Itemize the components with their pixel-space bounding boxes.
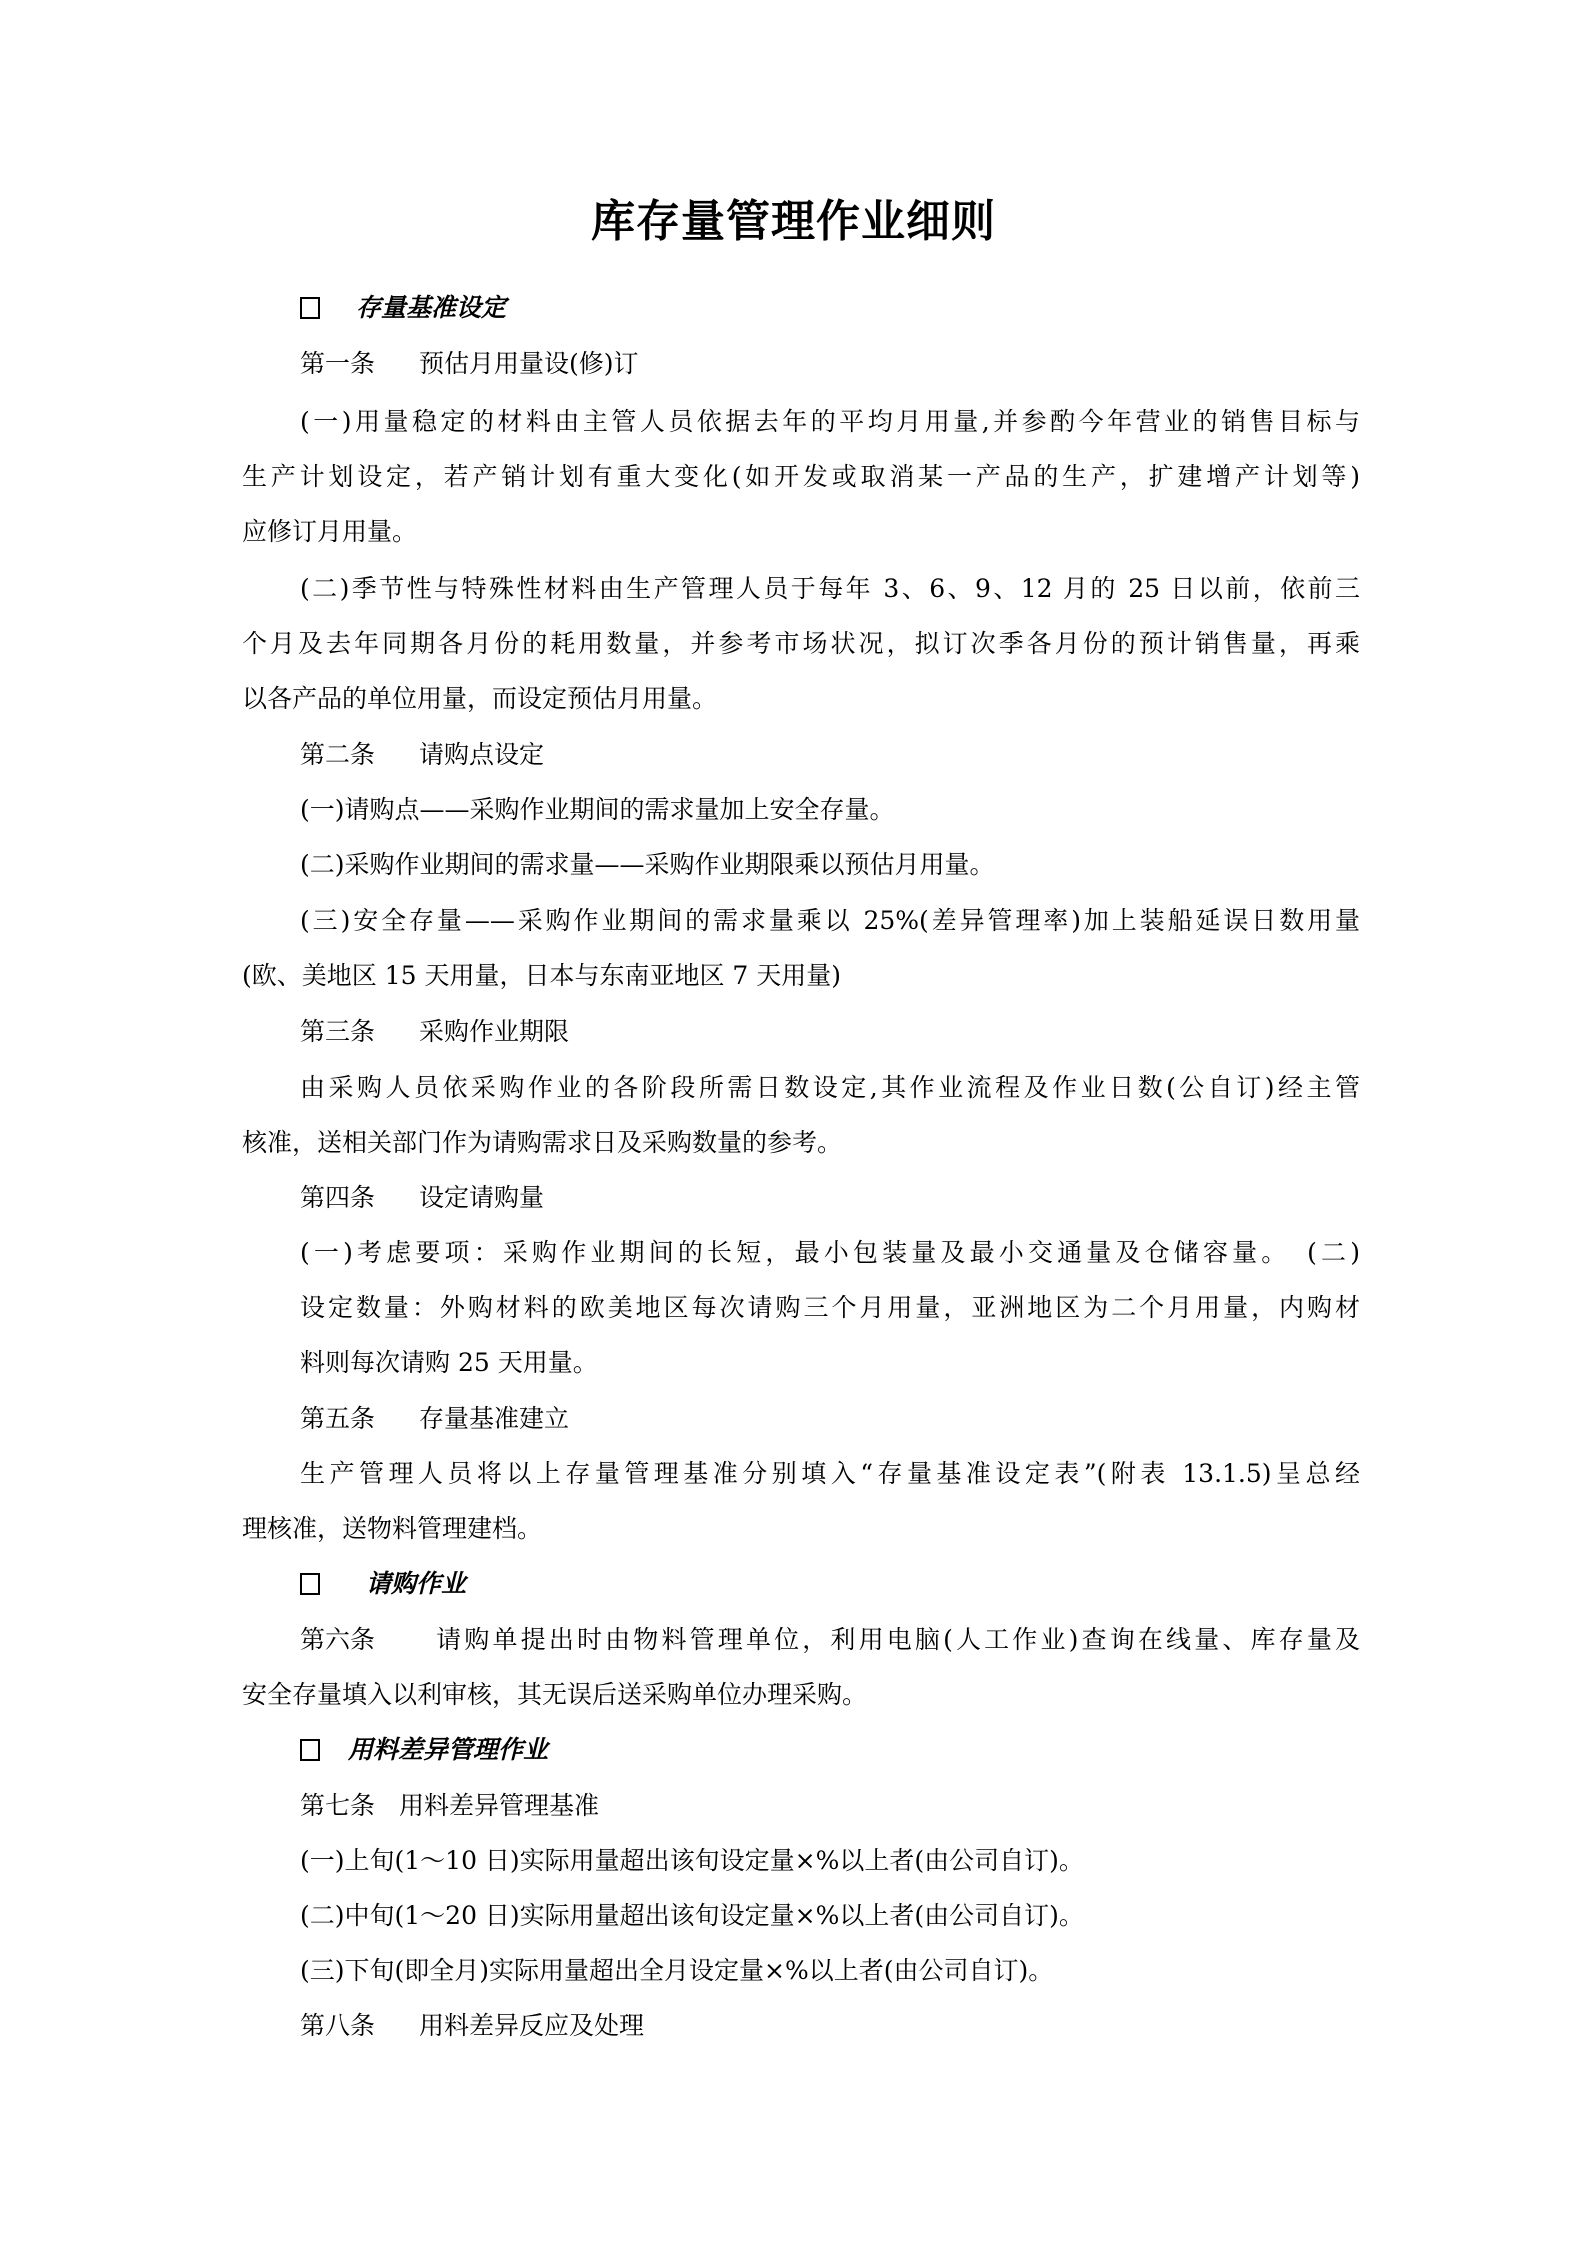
section-heading-material-variance: 用料差异管理作业 [300, 1732, 548, 1768]
article-label: 第三条 [300, 1014, 375, 1050]
article-label: 第五条 [300, 1401, 375, 1437]
article-title: 请购点设定 [419, 740, 544, 769]
article-title: 用料差异反应及处理 [419, 2011, 644, 2040]
paragraph-line: (二)中旬(1～20 日)实际用量超出该旬设定量×%以上者(由公司自订)。 [300, 1898, 1360, 1934]
section-heading-inventory-standard: 存量基准设定 [300, 290, 506, 326]
paragraph-line: (二)季节性与特殊性材料由生产管理人员于每年 3、6、9、12 月的 25 日以… [300, 571, 1360, 607]
paragraph-line: 以各产品的单位用量，而设定预估月用量。 [242, 681, 1360, 717]
article-heading: 第四条设定请购量 [300, 1180, 1360, 1216]
paragraph-line: 理核准，送物料管理建档。 [242, 1511, 1360, 1547]
article-label: 第七条 [300, 1788, 375, 1824]
article-label: 第六条 [300, 1622, 375, 1658]
paragraph-line: (一)考虑要项：采购作业期间的长短，最小包装量及最小交通量及仓储容量。 (二) [300, 1235, 1360, 1271]
paragraph-line: 由采购人员依采购作业的各阶段所需日数设定,其作业流程及作业日数(公自订)经主管 [300, 1070, 1360, 1106]
article-heading: 第五条存量基准建立 [300, 1401, 1360, 1437]
paragraph-line: 设定数量：外购材料的欧美地区每次请购三个月用量，亚洲地区为二个月用量，内购材 [300, 1290, 1360, 1326]
article-text: 请购单提出时由物料管理单位，利用电脑(人工作业)查询在线量、库存量及 [433, 1625, 1360, 1654]
paragraph-line: 料则每次请购 25 天用量。 [300, 1345, 1360, 1381]
article-heading: 第二条请购点设定 [300, 737, 1360, 773]
article-heading: 第七条用料差异管理基准 [300, 1788, 1360, 1824]
article-title: 存量基准建立 [419, 1404, 569, 1433]
paragraph-line: (三)安全存量——采购作业期间的需求量乘以 25%(差异管理率)加上装船延误日数… [300, 903, 1360, 939]
paragraph-line: (一)上旬(1～10 日)实际用量超出该旬设定量×%以上者(由公司自订)。 [300, 1843, 1360, 1879]
article-heading: 第八条用料差异反应及处理 [300, 2008, 1360, 2044]
paragraph-line: (三)下旬(即全月)实际用量超出全月设定量×%以上者(由公司自订)。 [300, 1953, 1360, 1989]
paragraph-line: (二)采购作业期间的需求量——采购作业期限乘以预估月用量。 [300, 847, 1360, 883]
article-label: 第四条 [300, 1180, 375, 1216]
paragraph-line: 生产管理人员将以上存量管理基准分别填入“存量基准设定表”(附表 13.1.5)呈… [300, 1456, 1360, 1492]
paragraph-line: (一)请购点——采购作业期间的需求量加上安全存量。 [300, 792, 1360, 828]
article-heading: 第三条采购作业期限 [300, 1014, 1360, 1050]
article-heading: 第六条请购单提出时由物料管理单位，利用电脑(人工作业)查询在线量、库存量及 [300, 1622, 1360, 1658]
article-title: 预估月用量设(修)订 [419, 349, 639, 378]
article-heading: 第一条预估月用量设(修)订 [300, 346, 1360, 382]
paragraph-line: (一)用量稳定的材料由主管人员依据去年的平均月用量,并参酌今年营业的销售目标与 [300, 404, 1360, 440]
paragraph-line: 生产计划设定，若产销计划有重大变化(如开发或取消某一产品的生产，扩建增产计划等) [242, 459, 1360, 495]
section-heading-text: 存量基准设定 [356, 293, 506, 322]
section-heading-text: 用料差异管理作业 [348, 1735, 548, 1764]
article-label: 第二条 [300, 737, 375, 773]
article-title: 用料差异管理基准 [399, 1791, 599, 1820]
paragraph-line: 核准，送相关部门作为请购需求日及采购数量的参考。 [242, 1125, 1360, 1161]
paragraph-line: 安全存量填入以利审核，其无误后送采购单位办理采购。 [242, 1677, 1360, 1713]
paragraph-line: 个月及去年同期各月份的耗用数量，并参考市场状况，拟订次季各月份的预计销售量，再乘 [242, 626, 1360, 662]
checkbox-empty-icon [300, 1573, 320, 1595]
article-label: 第八条 [300, 2008, 375, 2044]
document-page: 库存量管理作业细则 存量基准设定 第一条预估月用量设(修)订 (一)用量稳定的材… [0, 0, 1587, 2245]
checkbox-empty-icon [300, 1739, 320, 1761]
article-label: 第一条 [300, 346, 375, 382]
article-title: 设定请购量 [419, 1183, 544, 1212]
section-heading-text: 请购作业 [366, 1569, 466, 1598]
paragraph-line: (欧、美地区 15 天用量，日本与东南亚地区 7 天用量) [242, 958, 1360, 994]
paragraph-line: 应修订月用量。 [242, 514, 1360, 550]
document-title: 库存量管理作业细则 [0, 192, 1587, 252]
checkbox-empty-icon [300, 297, 320, 319]
article-title: 采购作业期限 [419, 1017, 569, 1046]
section-heading-purchase-request: 请购作业 [300, 1566, 466, 1602]
